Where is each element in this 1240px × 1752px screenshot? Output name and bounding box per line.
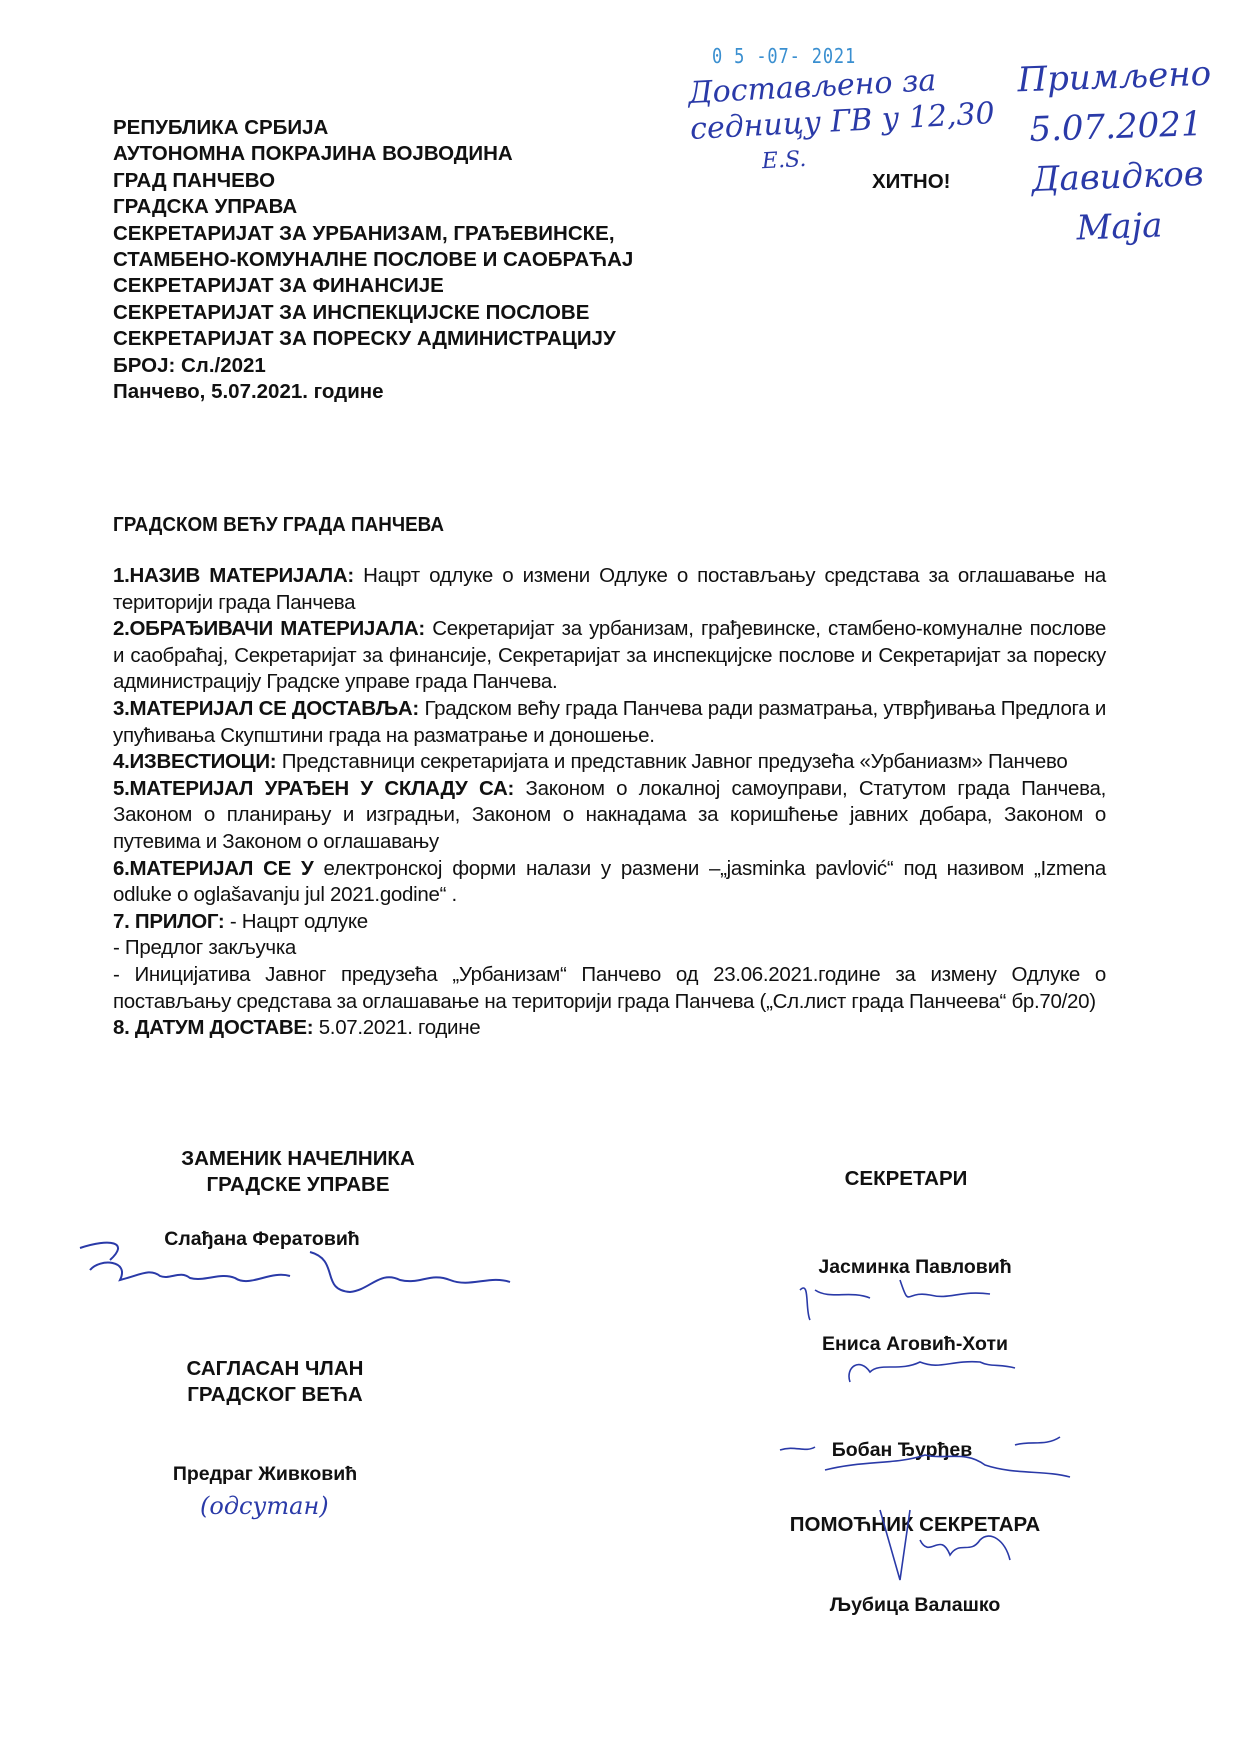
- item-text: 5.07.2021. године: [313, 1016, 480, 1039]
- item-label: 5.МАТЕРИЈАЛ УРАЂЕН У СКЛАДУ СА:: [113, 777, 514, 800]
- item-label: 3.МАТЕРИЈАЛ СЕ ДОСТАВЉА:: [113, 697, 419, 720]
- item-text: Представници секретаријата и представник…: [276, 750, 1067, 773]
- recipient: ГРАДСКОМ ВЕЋУ ГРАДА ПАНЧЕВА: [113, 513, 444, 537]
- signature-scribble-icon: [840, 1342, 1020, 1392]
- item-3: 3.МАТЕРИЈАЛ СЕ ДОСТАВЉА: Градском већу г…: [113, 696, 1106, 749]
- item-6: 6.МАТЕРИЈАЛ СЕ У електронској форми нала…: [113, 856, 1106, 909]
- note-line: 5.07.2021: [1018, 99, 1213, 156]
- note-line: Примљено: [1017, 49, 1212, 106]
- item-label: 8. ДАТУМ ДОСТАВЕ:: [113, 1016, 313, 1039]
- reference-number: БРОЈ: Сл./2021: [113, 353, 633, 379]
- note-line: Давидков: [1020, 149, 1215, 206]
- item-label: 2.ОБРАЂИВАЧИ МАТЕРИЈАЛА:: [113, 617, 425, 640]
- item-1: 1.НАЗИВ МАТЕРИЈАЛА: Нацрт одлуке о измен…: [113, 563, 1106, 616]
- received-stamp: 0 5 -07- 2021: [712, 44, 856, 68]
- item-label: 7. ПРИЛОГ:: [113, 910, 224, 933]
- assistant-secretary-name: Љубица Валашко: [810, 1592, 1020, 1618]
- item-text: - Иницијатива Јавног предузећа „Урбаниза…: [113, 963, 1106, 1013]
- council-member-name: Предраг Живковић: [150, 1461, 380, 1487]
- header-line: ГРАДСКА УПРАВА: [113, 194, 633, 220]
- header-line: СЕКРЕТАРИЈАТ ЗА УРБАНИЗАМ, ГРАЂЕВИНСКЕ,: [113, 221, 633, 247]
- council-member-title: САГЛАСАН ЧЛАН ГРАДСКОГ ВЕЋА: [165, 1356, 385, 1408]
- item-5: 5.МАТЕРИЈАЛ УРАЂЕН У СКЛАДУ СА: Законом …: [113, 776, 1106, 856]
- signature-scribble-icon: [870, 1500, 1030, 1590]
- item-label: 6.МАТЕРИЈАЛ СЕ У: [113, 857, 314, 880]
- item-text: - Нацрт одлуке: [224, 910, 367, 933]
- signature-scribble-icon: [775, 1425, 1075, 1495]
- urgent-label: ХИТНО!: [872, 170, 951, 194]
- header-line: СЕКРЕТАРИЈАТ ЗА ИНСПЕКЦИЈСКЕ ПОСЛОВЕ: [113, 300, 633, 326]
- item-text: - Предлог закључка: [113, 936, 296, 959]
- header-line: СТАМБЕНО-КОМУНАЛНЕ ПОСЛОВЕ И САОБРАЋАЈ: [113, 247, 633, 273]
- note-line: Маја: [1022, 199, 1217, 256]
- absent-note: (одсутан): [200, 1492, 329, 1520]
- item-label: 4.ИЗВЕСТИОЦИ:: [113, 750, 276, 773]
- title-line: ЗАМЕНИК НАЧЕЛНИКА: [168, 1146, 428, 1172]
- signature-scribble-icon: [790, 1270, 1020, 1330]
- header-line: АУТОНОМНА ПОКРАЈИНА ВОЈВОДИНА: [113, 141, 633, 167]
- header-line: СЕКРЕТАРИЈАТ ЗА ПОРЕСКУ АДМИНИСТРАЦИЈУ: [113, 326, 633, 352]
- handwritten-note-right: Примљено 5.07.2021 Давидков Маја: [1017, 49, 1218, 256]
- document-body: 1.НАЗИВ МАТЕРИЈАЛА: Нацрт одлуке о измен…: [113, 563, 1106, 1042]
- attachment-item: - Иницијатива Јавног предузећа „Урбаниза…: [113, 962, 1106, 1015]
- document-header: РЕПУБЛИКА СРБИЈА АУТОНОМНА ПОКРАЈИНА ВОЈ…: [113, 115, 633, 405]
- item-4: 4.ИЗВЕСТИОЦИ: Представници секретаријата…: [113, 749, 1106, 776]
- title-line: ГРАДСКОГ ВЕЋА: [165, 1382, 385, 1408]
- item-label: 1.НАЗИВ МАТЕРИЈАЛА:: [113, 564, 354, 587]
- header-line: РЕПУБЛИКА СРБИЈА: [113, 115, 633, 141]
- title-line: ГРАДСКЕ УПРАВЕ: [168, 1172, 428, 1198]
- item-8: 8. ДАТУМ ДОСТАВЕ: 5.07.2021. године: [113, 1015, 1106, 1042]
- item-2: 2.ОБРАЂИВАЧИ МАТЕРИЈАЛА: Секретаријат за…: [113, 616, 1106, 696]
- title-line: САГЛАСАН ЧЛАН: [165, 1356, 385, 1382]
- item-7: 7. ПРИЛОГ: - Нацрт одлуке: [113, 909, 1106, 936]
- header-line: ГРАД ПАНЧЕВО: [113, 168, 633, 194]
- secretaries-title: СЕКРЕТАРИ: [836, 1166, 976, 1192]
- handwritten-note-left: Достављено за седницу ГВ у 12,30 Е.S.: [687, 60, 997, 184]
- deputy-head-title: ЗАМЕНИК НАЧЕЛНИКА ГРАДСКЕ УПРАВЕ: [168, 1146, 428, 1198]
- signature-scribble-icon: [70, 1230, 530, 1320]
- header-line: СЕКРЕТАРИЈАТ ЗА ФИНАНСИЈЕ: [113, 273, 633, 299]
- attachment-item: - Предлог закључка: [113, 935, 1106, 962]
- document-page: 0 5 -07- 2021 Достављено за седницу ГВ у…: [0, 0, 1240, 1752]
- place-date: Панчево, 5.07.2021. године: [113, 379, 633, 405]
